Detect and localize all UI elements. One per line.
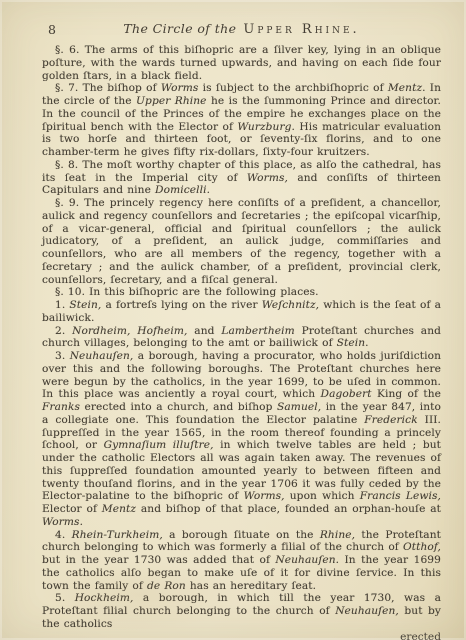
paragraph: 3. Neuhauſen, a borough, having a procur… [42, 350, 441, 529]
paragraph: 4. Rhein-Turkheim, a borough ſituate on … [42, 529, 441, 593]
running-title: The Circle of the Upper Rhine. [42, 21, 441, 37]
book-page: 8 The Circle of the Upper Rhine. §. 6. T… [0, 0, 466, 640]
paragraph: §. 9. The princely regency here conſiſts… [42, 197, 441, 286]
paragraph: §. 7. The biſhop of Worms is ſubject to … [42, 82, 441, 159]
running-head: 8 The Circle of the Upper Rhine. [42, 21, 441, 38]
paragraph: §. 8. The moſt worthy chapter of this pl… [42, 159, 441, 197]
paragraph: §. 6. The arms of this biſhopric are a ſ… [42, 44, 441, 82]
catchword: erected [42, 631, 443, 640]
paragraph: 2. Nordheim, Hofheim, and Lambertheim Pr… [42, 325, 441, 351]
paragraph: 5. Hockheim, a borough, in which till th… [42, 592, 441, 630]
running-title-italic: The Circle of the [123, 21, 236, 36]
page-number: 8 [48, 22, 57, 37]
paragraph: 1. Stein, a fortreſs lying on the river … [42, 299, 441, 325]
body-paragraphs: §. 6. The arms of this biſhopric are a ſ… [42, 44, 441, 631]
paragraph: §. 10. In this biſhopric are the followi… [42, 286, 441, 299]
running-title-caps: Upper Rhine. [240, 22, 359, 37]
